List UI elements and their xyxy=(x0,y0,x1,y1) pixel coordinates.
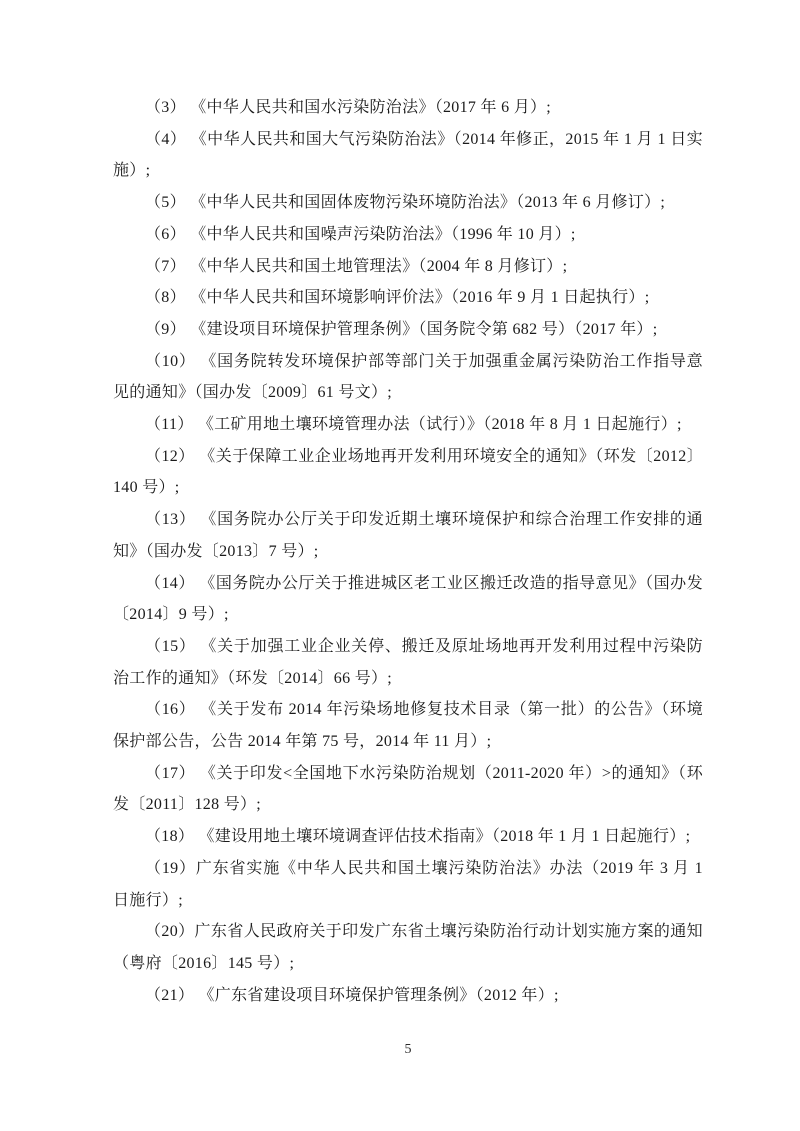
list-item-16: （16） 《关于发布 2014 年污染场地修复技术目录（第一批）的公告》（环境保… xyxy=(113,694,703,757)
list-item-19: （19）广东省实施《中华人民共和国土壤污染防治法》办法（2019 年 3 月 1… xyxy=(113,853,703,916)
list-item-15: （15） 《关于加强工业企业关停、搬迁及原址场地再开发利用过程中污染防治工作的通… xyxy=(113,631,703,694)
list-item-9: （9） 《建设项目环境保护管理条例》（国务院令第 682 号）（2017 年）; xyxy=(113,314,703,346)
list-item-5: （5） 《中华人民共和国固体废物污染环境防治法》（2013 年 6 月修订）; xyxy=(113,187,703,219)
page-number: 5 xyxy=(113,1042,703,1058)
document-page: （3） 《中华人民共和国水污染防治法》（2017 年 6 月）; （4） 《中华… xyxy=(0,0,800,1131)
list-item-21: （21） 《广东省建设项目环境保护管理条例》（2012 年）; xyxy=(113,980,703,1012)
list-item-13: （13） 《国务院办公厅关于印发近期土壤环境保护和综合治理工作安排的通知》（国办… xyxy=(113,504,703,567)
list-item-11: （11） 《工矿用地土壤环境管理办法（试行）》（2018 年 8 月 1 日起施… xyxy=(113,409,703,441)
list-item-12: （12） 《关于保障工业企业场地再开发利用环境安全的通知》（环发〔2012〕14… xyxy=(113,441,703,504)
list-item-20: （20）广东省人民政府关于印发广东省土壤污染防治行动计划实施方案的通知（粤府〔2… xyxy=(113,916,703,979)
list-item-17: （17） 《关于印发<全国地下水污染防治规划（2011-2020 年）>的通知》… xyxy=(113,758,703,821)
list-item-6: （6） 《中华人民共和国噪声污染防治法》（1996 年 10 月）; xyxy=(113,219,703,251)
list-item-3: （3） 《中华人民共和国水污染防治法》（2017 年 6 月）; xyxy=(113,92,703,124)
regulation-list: （3） 《中华人民共和国水污染防治法》（2017 年 6 月）; （4） 《中华… xyxy=(113,92,703,1011)
list-item-10: （10） 《国务院转发环境保护部等部门关于加强重金属污染防治工作指导意见的通知》… xyxy=(113,346,703,409)
list-item-8: （8） 《中华人民共和国环境影响评价法》（2016 年 9 月 1 日起执行）; xyxy=(113,282,703,314)
list-item-4: （4） 《中华人民共和国大气污染防治法》（2014 年修正，2015 年 1 月… xyxy=(113,124,703,187)
list-item-14: （14） 《国务院办公厅关于推进城区老工业区搬迁改造的指导意见》（国办发〔201… xyxy=(113,568,703,631)
list-item-7: （7） 《中华人民共和国土地管理法》（2004 年 8 月修订）; xyxy=(113,251,703,283)
list-item-18: （18） 《建设用地土壤环境调查评估技术指南》（2018 年 1 月 1 日起施… xyxy=(113,821,703,853)
